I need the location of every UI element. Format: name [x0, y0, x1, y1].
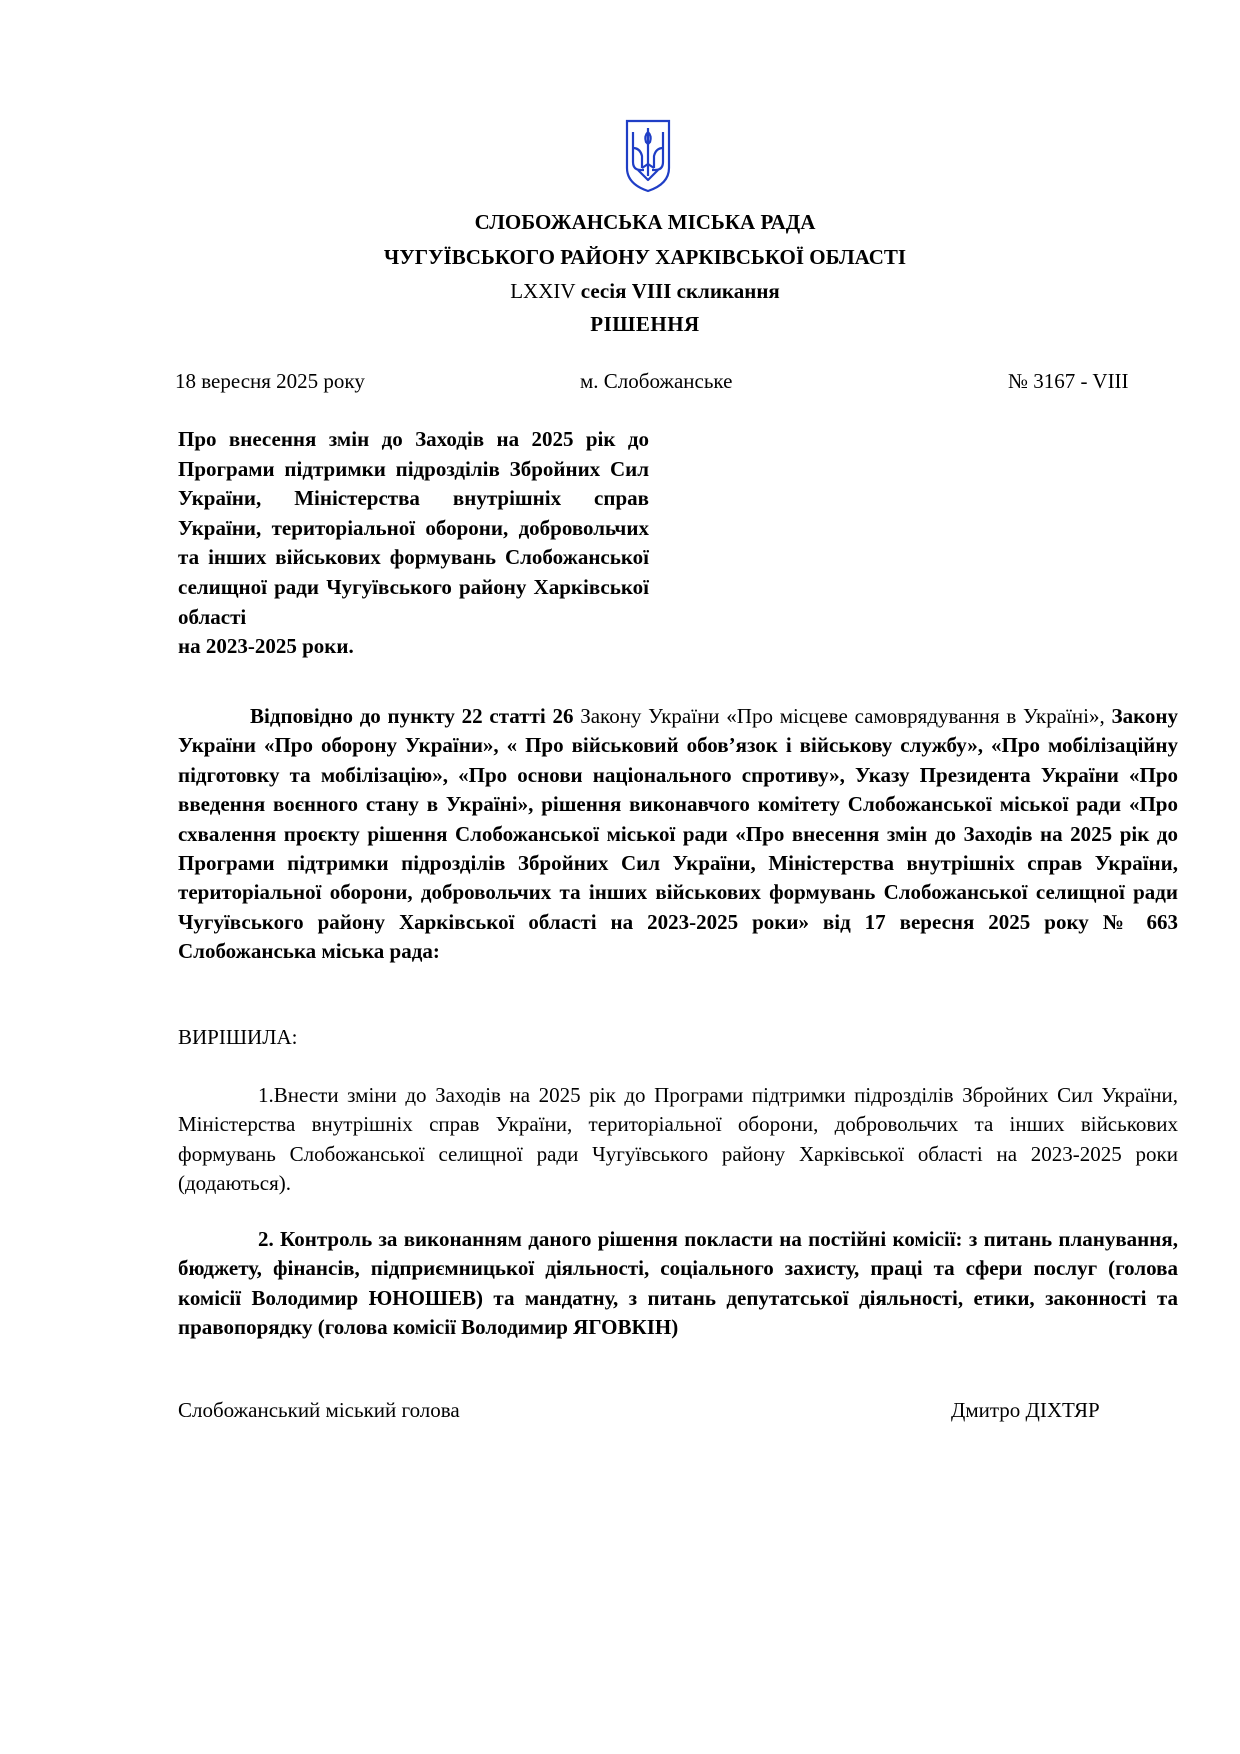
subject-line: інших військових формувань: [208, 545, 496, 569]
session-text: сесія VIII скликання: [576, 279, 780, 303]
coat-of-arms-icon: [624, 118, 672, 194]
preamble-law-local-government: Закону України «Про місцеве самоврядуван…: [573, 704, 1111, 728]
preamble-laws-list: Закону України «Про оборону України», « …: [178, 704, 1178, 963]
preamble-legal-basis: Відповідно до пункту 22 статті 26: [250, 704, 573, 728]
decision-number: № 3167 - VIII: [1008, 368, 1129, 394]
decision-item-1: 1.Внести зміни до Заходів на 2025 рік до…: [178, 1081, 1178, 1199]
signature-name: Дмитро ДІХТЯР: [951, 1397, 1100, 1423]
session-line: LXXIV сесія VIII скликання: [25, 278, 1240, 304]
council-title: СЛОБОЖАНСЬКА МІСЬКА РАДА: [25, 209, 1240, 235]
preamble-paragraph: Відповідно до пункту 22 статті 26 Закону…: [178, 702, 1178, 967]
document-page: СЛОБОЖАНСЬКА МІСЬКА РАДА ЧУГУЇВСЬКОГО РА…: [0, 0, 1240, 1754]
signature-title: Слобожанський міський голова: [178, 1397, 460, 1423]
subject-line: Про внесення змін до Заходів на 2025 рік: [178, 427, 615, 451]
resolved-heading: ВИРІШИЛА:: [178, 1024, 297, 1050]
decision-title: РІШЕННЯ: [25, 311, 1240, 337]
decision-date: 18 вересня 2025 року: [175, 368, 365, 394]
decision-subject: Про внесення змін до Заходів на 2025 рік…: [178, 425, 649, 662]
decision-place: м. Слобожанське: [580, 368, 732, 394]
decision-item-2: 2. Контроль за виконанням даного рішення…: [178, 1225, 1178, 1343]
subject-line: на 2023-2025 роки.: [178, 632, 649, 662]
council-subtitle: ЧУГУЇВСЬКОГО РАЙОНУ ХАРКІВСЬКОЇ ОБЛАСТІ: [25, 244, 1240, 270]
session-roman: LXXIV: [510, 279, 575, 303]
